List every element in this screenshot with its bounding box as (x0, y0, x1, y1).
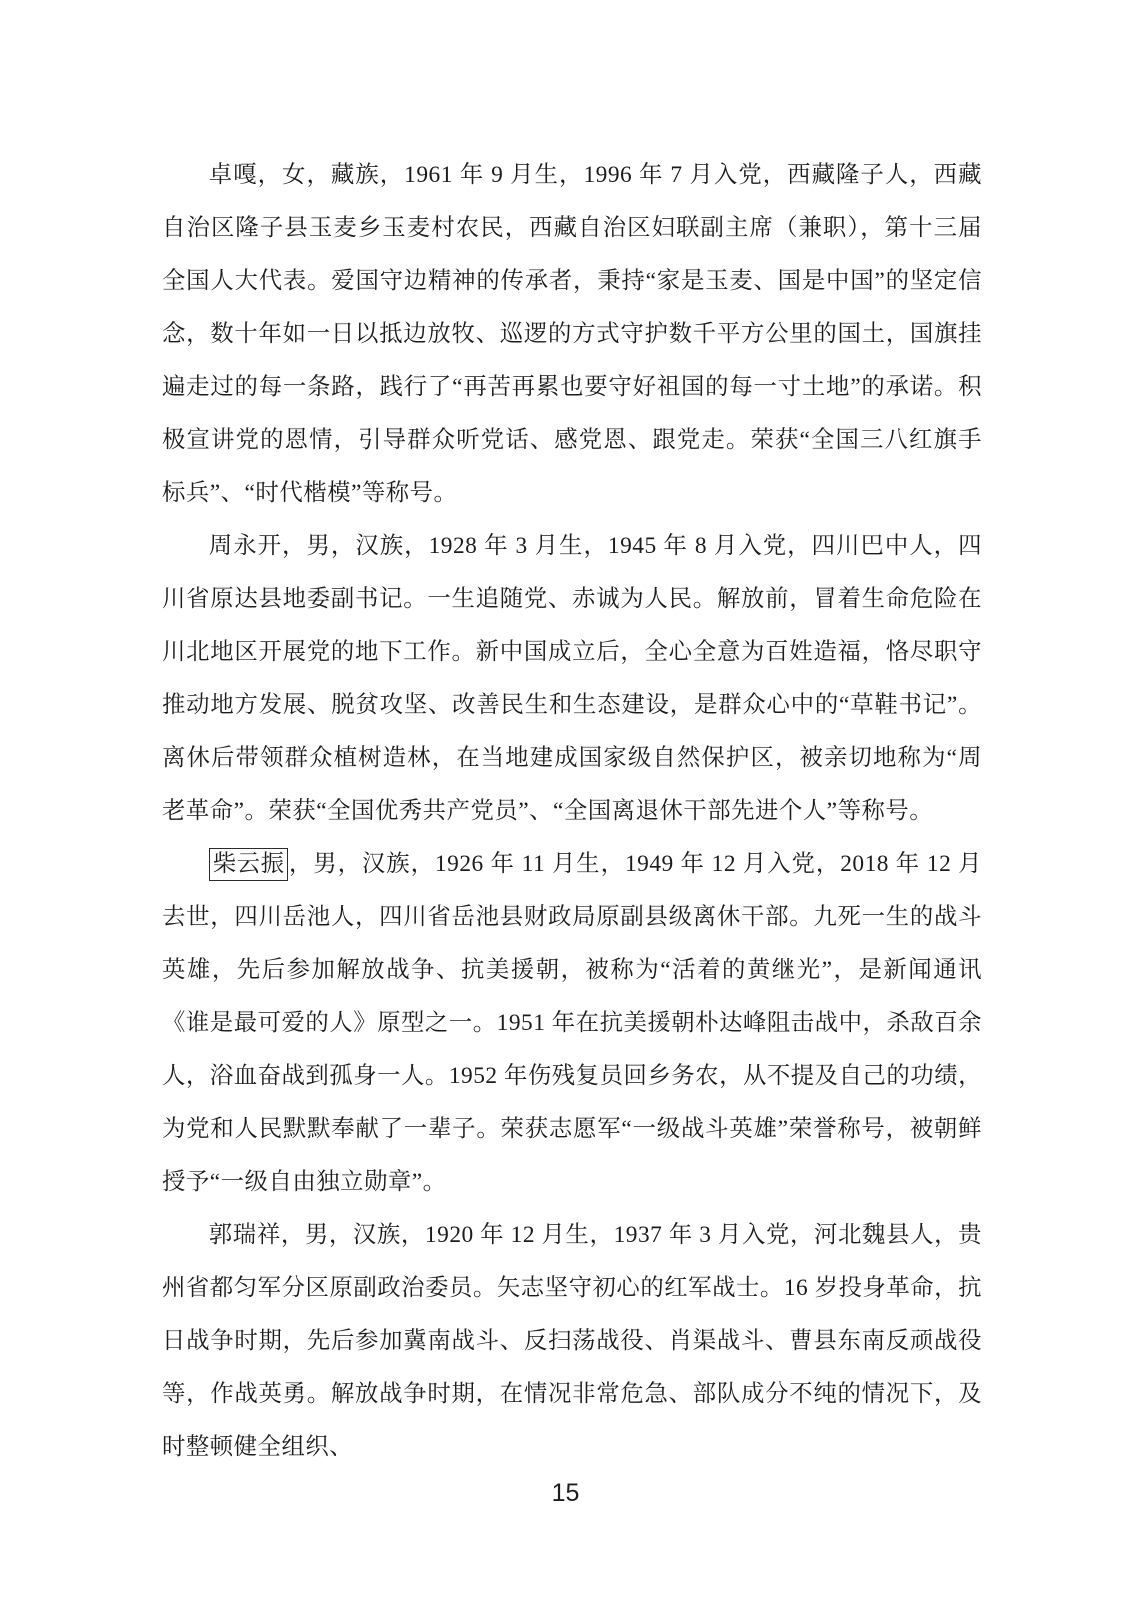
paragraph-guoruixiang: 郭瑞祥，男，汉族，1920 年 12 月生，1937 年 3 月入党，河北魏县人… (162, 1209, 982, 1474)
page-number: 15 (0, 1479, 1131, 1508)
document-page: 卓嘎，女，藏族，1961 年 9 月生，1996 年 7 月入党，西藏隆子人，西… (0, 0, 1131, 1600)
paragraph-zhouyongkai: 周永开，男，汉族，1928 年 3 月生，1945 年 8 月入党，四川巴中人，… (162, 520, 982, 838)
body-text: 卓嘎，女，藏族，1961 年 9 月生，1996 年 7 月入党，西藏隆子人，西… (162, 149, 982, 1474)
boxed-name-chaiyunzhen: 柴云振 (209, 848, 289, 881)
paragraph-chaiyunzhen-text: ，男，汉族，1926 年 11 月生，1949 年 12 月入党，2018 年 … (162, 851, 982, 1195)
paragraph-zhuoga: 卓嘎，女，藏族，1961 年 9 月生，1996 年 7 月入党，西藏隆子人，西… (162, 149, 982, 520)
paragraph-chaiyunzhen: 柴云振，男，汉族，1926 年 11 月生，1949 年 12 月入党，2018… (162, 838, 982, 1209)
